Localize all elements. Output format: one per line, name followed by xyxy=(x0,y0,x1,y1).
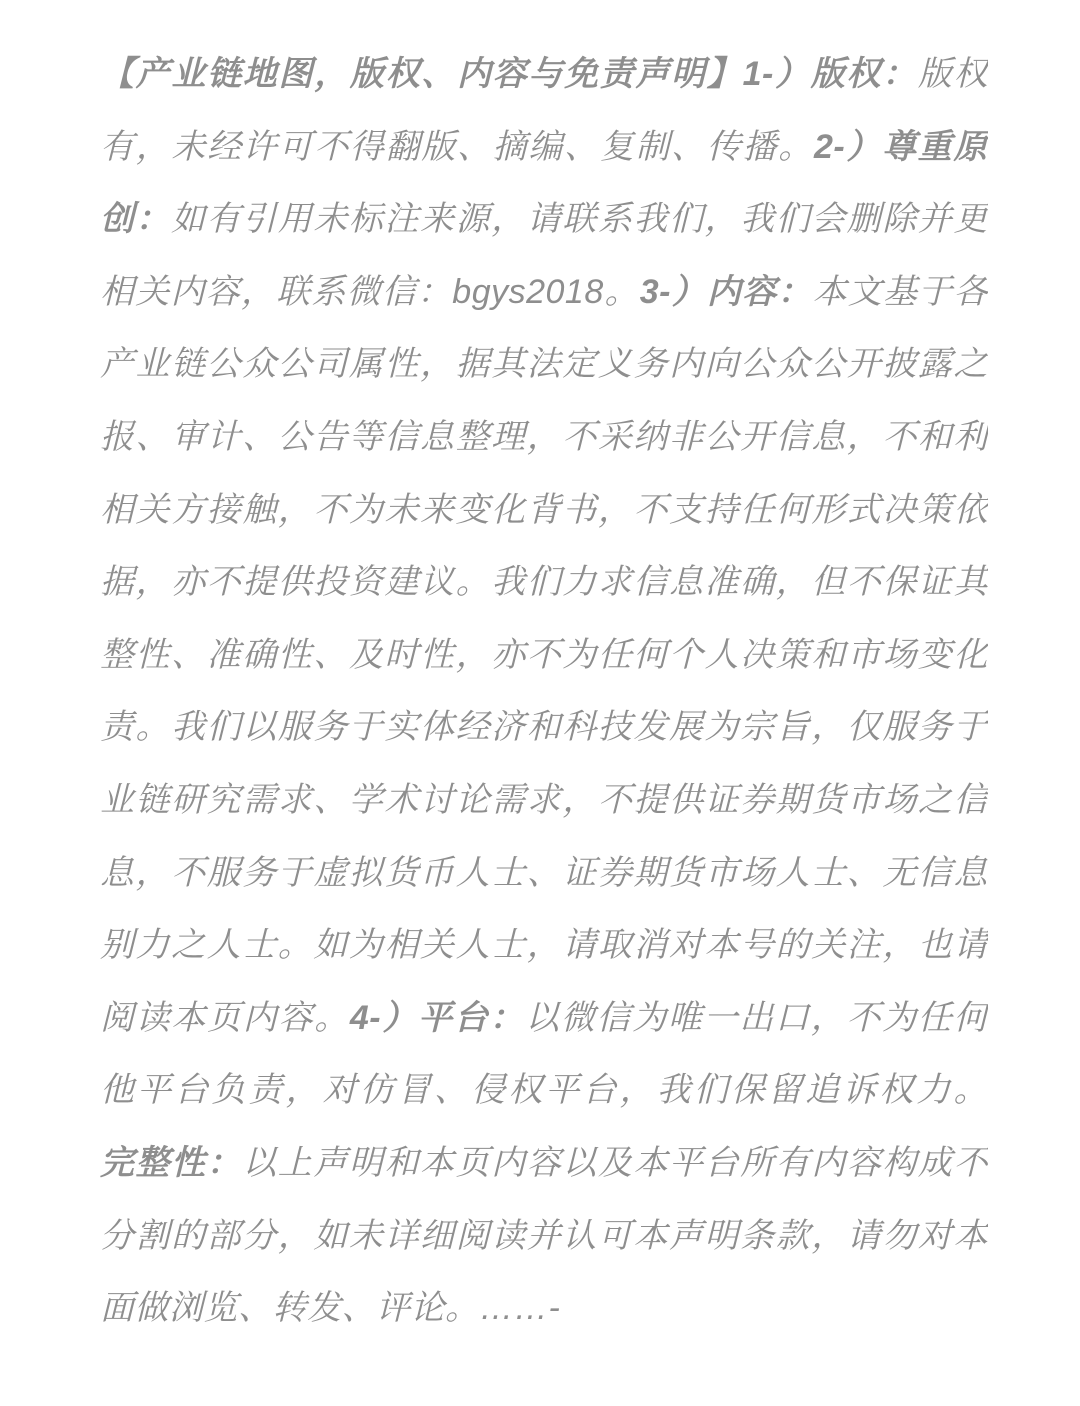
disclaimer-line: 有，未经许可不得翻版、摘编、复制、传播。2-）尊重原 xyxy=(100,111,988,184)
disclaimer-line: 【产业链地图，版权、内容与免责声明】1-）版权：版权所 xyxy=(100,38,988,111)
disclaimer-text-run: 整性、准确性、及时性，亦不为任何个人决策和市场变化负 xyxy=(100,636,988,692)
disclaimer-line: 别力之人士。如为相关人士，请取消对本号的关注，也请勿 xyxy=(100,909,988,982)
disclaimer-line: 相关方接触，不为未来变化背书，不支持任何形式决策依 xyxy=(100,474,988,547)
disclaimer-text-run: 业链研究需求、学术讨论需求，不提供证券期货市场之信 xyxy=(100,781,988,819)
disclaimer-line: 业链研究需求、学术讨论需求，不提供证券期货市场之信 xyxy=(100,764,988,837)
disclaimer-line: 相关内容，联系微信：bgys2018。3-）内容：本文基于各 xyxy=(100,256,988,329)
disclaimer-line: 分割的部分，如未详细阅读并认可本声明条款，请勿对本页 xyxy=(100,1200,988,1273)
disclaimer-line: 报、审计、公告等信息整理，不采纳非公开信息，不和利益 xyxy=(100,401,988,474)
disclaimer-text-run: 如有引用未标注来源，请联系我们，我们会删除并更正 xyxy=(100,200,988,256)
disclaimer-page: 【产业链地图，版权、内容与免责声明】1-）版权：版权所有，未经许可不得翻版、摘编… xyxy=(0,0,1080,1406)
disclaimer-text-block: 【产业链地图，版权、内容与免责声明】1-）版权：版权所有，未经许可不得翻版、摘编… xyxy=(100,38,988,1345)
disclaimer-text-run: 相关内容，联系微信：bgys2018。 xyxy=(100,273,640,311)
disclaimer-line: 产业链公众公司属性，据其法定义务内向公众公开披露之财 xyxy=(100,328,988,401)
disclaimer-line: 面做浏览、转发、评论。……- xyxy=(100,1272,988,1345)
disclaimer-line: 责。我们以服务于实体经济和科技发展为宗旨，仅服务于产 xyxy=(100,691,988,764)
disclaimer-text-run-bold: 3-）内容： xyxy=(640,273,813,311)
disclaimer-text-run-bold: 2-）尊重原 xyxy=(814,128,988,166)
disclaimer-text-run: 面做浏览、转发、评论。……- xyxy=(100,1289,560,1327)
disclaimer-text-run: 分割的部分，如未详细阅读并认可本声明条款，请勿对本页 xyxy=(100,1217,988,1273)
disclaimer-line: 阅读本页内容。4-）平台：以微信为唯一出口，不为任何其 xyxy=(100,982,988,1055)
disclaimer-text-run-bold: 创： xyxy=(100,200,171,238)
disclaimer-line: 据，亦不提供投资建议。我们力求信息准确，但不保证其完 xyxy=(100,546,988,619)
disclaimer-line: 完整性：以上声明和本页内容以及本平台所有内容构成不可 xyxy=(100,1127,988,1200)
disclaimer-text-run: 息，不服务于虚拟货币人士、证券期货市场人士、无信息甄 xyxy=(100,854,988,910)
disclaimer-line: 整性、准确性、及时性，亦不为任何个人决策和市场变化负 xyxy=(100,619,988,692)
disclaimer-line: 息，不服务于虚拟货币人士、证券期货市场人士、无信息甄 xyxy=(100,837,988,910)
disclaimer-text-run: 别力之人士。如为相关人士，请取消对本号的关注，也请勿 xyxy=(100,926,988,982)
disclaimer-text-run: 有，未经许可不得翻版、摘编、复制、传播。 xyxy=(100,128,814,166)
disclaimer-text-run: 责。我们以服务于实体经济和科技发展为宗旨，仅服务于产 xyxy=(100,708,988,764)
disclaimer-text-run: 他平台负责，对仿冒、侵权平台，我们保留追诉权力。 xyxy=(100,1071,988,1109)
disclaimer-line: 创：如有引用未标注来源，请联系我们，我们会删除并更正 xyxy=(100,183,988,256)
disclaimer-text-run: 据，亦不提供投资建议。我们力求信息准确，但不保证其完 xyxy=(100,563,988,619)
disclaimer-text-run: 产业链公众公司属性，据其法定义务内向公众公开披露之财 xyxy=(100,345,988,401)
disclaimer-text-run-bold: 【产业链地图，版权、内容与免责声明】 xyxy=(100,55,743,93)
disclaimer-text-run-bold: 4-）平台： xyxy=(350,999,525,1037)
disclaimer-text-run: 本文基于各 xyxy=(813,273,988,311)
disclaimer-text-run-bold: 1-）版权： xyxy=(743,55,918,93)
disclaimer-line: 他平台负责，对仿冒、侵权平台，我们保留追诉权力。5-） xyxy=(100,1054,988,1127)
disclaimer-text-run: 报、审计、公告等信息整理，不采纳非公开信息，不和利益 xyxy=(100,418,988,474)
disclaimer-text-run-bold: 完整性： xyxy=(100,1144,242,1182)
disclaimer-text-run: 相关方接触，不为未来变化背书，不支持任何形式决策依 xyxy=(100,491,988,529)
disclaimer-text-run: 阅读本页内容。 xyxy=(100,999,350,1037)
